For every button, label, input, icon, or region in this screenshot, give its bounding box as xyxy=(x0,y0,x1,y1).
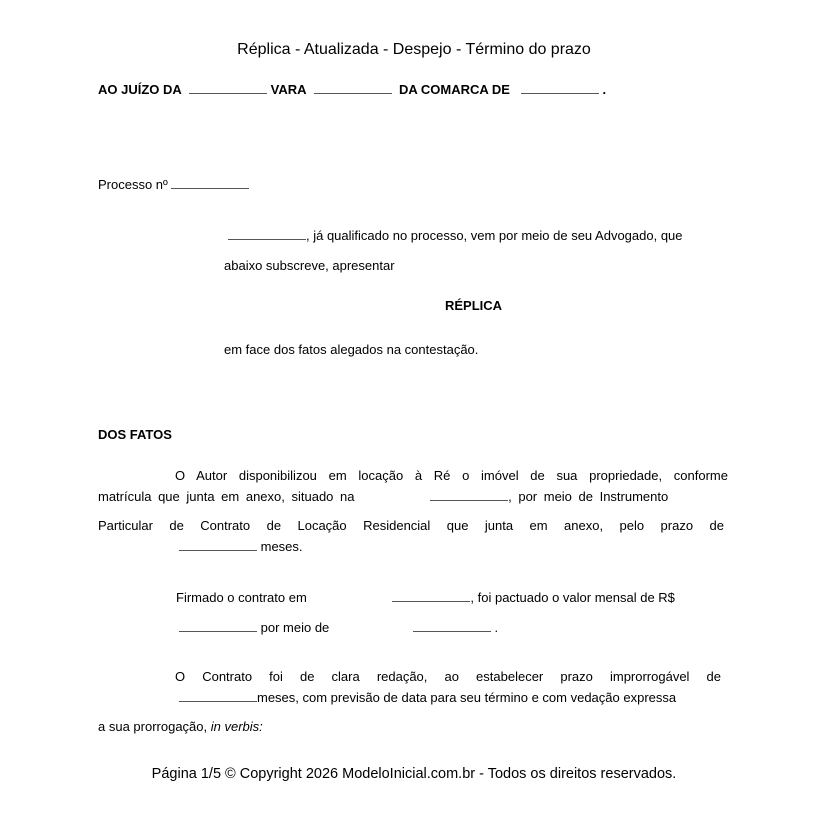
intro-text: , já qualificado no processo, vem por me… xyxy=(306,228,683,243)
address-part2: VARA xyxy=(271,82,307,97)
para1-line3: Particular de Contrato de Locação Reside… xyxy=(98,518,724,533)
para3-line2: meses, com previsão de data para seu tér… xyxy=(179,690,676,705)
document-title: Réplica - Atualizada - Despejo - Término… xyxy=(0,41,828,59)
process-label: Processo nº xyxy=(98,177,168,192)
para1-line2: matrícula que junta em anexo, situado na… xyxy=(98,489,728,504)
para2-text: , foi pactuado o valor mensal de R$ xyxy=(470,590,675,605)
process-number: Processo nº xyxy=(98,177,249,192)
blank-field xyxy=(413,631,491,632)
para2-text: Firmado o contrato em xyxy=(176,590,307,605)
intro-line-1: , já qualificado no processo, vem por me… xyxy=(228,228,728,243)
para2-text: por meio de xyxy=(261,620,330,635)
court-address: AO JUÍZO DA VARA DA COMARCA DE . xyxy=(98,82,606,97)
para1-text: meses. xyxy=(261,539,303,554)
para1-text: , por meio de Instrumento xyxy=(508,489,668,504)
address-part3: DA COMARCA DE xyxy=(399,82,510,97)
para1-line4: meses. xyxy=(179,539,303,554)
intro-end: em face dos fatos alegados na contestaçã… xyxy=(224,342,478,357)
replica-heading: RÉPLICA xyxy=(445,298,502,313)
para2-line1: Firmado o contrato em , foi pactuado o v… xyxy=(176,590,675,605)
blank-field xyxy=(179,701,257,702)
address-end: . xyxy=(602,82,606,97)
blank-field xyxy=(179,550,257,551)
address-part1: AO JUÍZO DA xyxy=(98,82,182,97)
in-verbis: in verbis: xyxy=(211,719,263,734)
para2-text: . xyxy=(495,620,499,635)
blank-field xyxy=(521,93,599,94)
intro-line-2: abaixo subscreve, apresentar xyxy=(224,258,395,273)
para2-line2: por meio de . xyxy=(179,620,498,635)
blank-field xyxy=(228,239,306,240)
section-heading-fatos: DOS FATOS xyxy=(98,427,172,442)
blank-field xyxy=(314,93,392,94)
blank-field xyxy=(171,188,249,189)
para1-line1: O Autor disponibilizou em locação à Ré o… xyxy=(175,468,728,483)
para3-line3: a sua prorrogação, in verbis: xyxy=(98,719,263,734)
blank-field xyxy=(392,601,470,602)
blank-field xyxy=(179,631,257,632)
para3-line1: O Contrato foi de clara redação, ao esta… xyxy=(175,669,721,684)
page-footer: Página 1/5 © Copyright 2026 ModeloInicia… xyxy=(0,766,828,782)
para3-text: meses, com previsão de data para seu tér… xyxy=(257,690,676,705)
para3-text: a sua prorrogação, xyxy=(98,719,207,734)
blank-field xyxy=(189,93,267,94)
para1-text: matrícula que junta em anexo, situado na xyxy=(98,489,354,504)
blank-field xyxy=(430,500,508,501)
